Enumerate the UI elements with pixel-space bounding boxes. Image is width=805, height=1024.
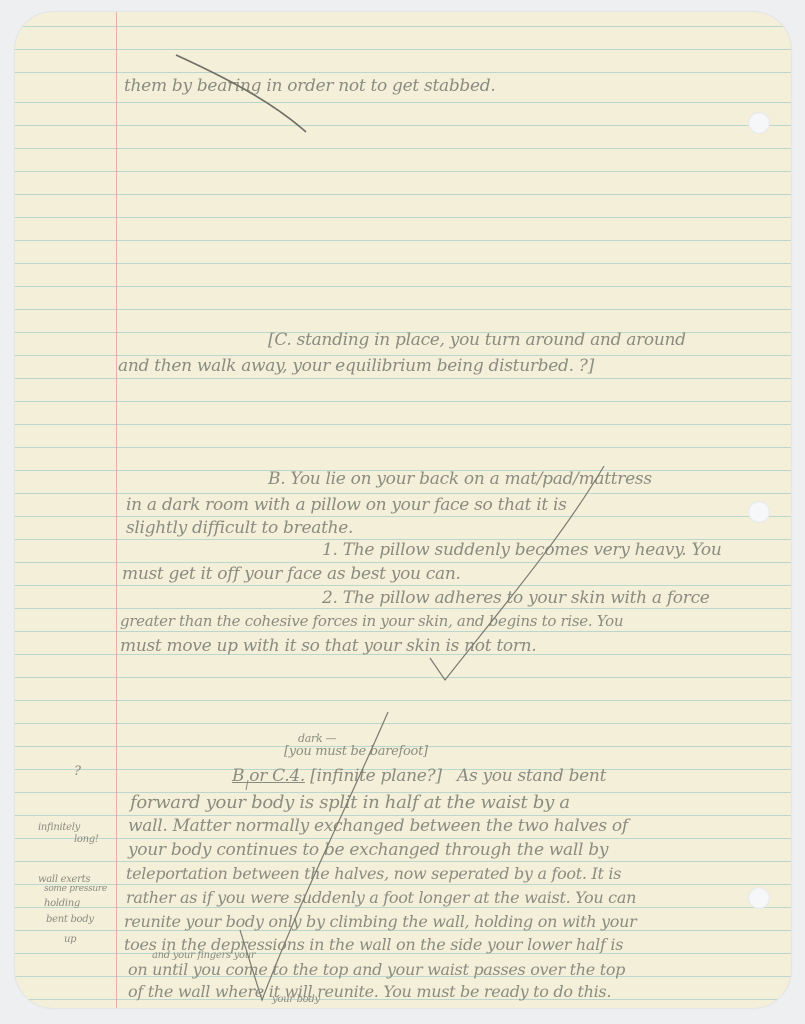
- margin-note-infinitely: infinitely: [38, 822, 80, 833]
- margin-note-up: up: [64, 934, 76, 945]
- section-c-line-2: and then walk away, your equilibrium bei…: [118, 356, 594, 376]
- punch-hole-middle: [748, 501, 770, 523]
- section-b-line-1: B. You lie on your back on a mat/pad/mat…: [268, 469, 652, 489]
- section-c4-line-2: forward your body is split in half at th…: [130, 792, 570, 813]
- section-c4-line-5: teleportation between the halves, now se…: [126, 864, 621, 883]
- section-c4-line-6: rather as if you were suddenly a foot lo…: [126, 888, 636, 907]
- margin-question: ?: [74, 764, 81, 779]
- section-b-item-2-line-2: greater than the cohesive forces in your…: [120, 612, 623, 630]
- section-c4-line-9: on until you come to the top and your wa…: [128, 960, 625, 979]
- section-b-item-2-line-1: 2. The pillow adheres to your skin with …: [322, 588, 710, 608]
- section-c-line-1: [C. standing in place, you turn around a…: [268, 330, 686, 350]
- section-b-item-1-line-1: 1. The pillow suddenly becomes very heav…: [322, 540, 722, 560]
- heading-prefix: B or C.4.: [232, 766, 305, 786]
- section-c4-line-3: wall. Matter normally exchanged between …: [128, 816, 628, 836]
- top-line: them by bearing in order not to get stab…: [124, 76, 495, 96]
- margin-note-holding: holding: [44, 898, 80, 909]
- section-c4-line-10: of the wall where it will reunite. You m…: [128, 982, 611, 1001]
- section-c4-line-4: your body continues to be exchanged thro…: [128, 840, 608, 860]
- punch-hole-top: [748, 112, 770, 134]
- section-b-line-3: slightly difficult to breathe.: [126, 518, 353, 538]
- section-b-item-1-line-2: must get it off your face as best you ca…: [122, 564, 461, 584]
- bracket-barefoot: [you must be barefoot]: [284, 744, 428, 759]
- section-b-line-2: in a dark room with a pillow on your fac…: [126, 495, 567, 515]
- section-c4-line-7: reunite your body only by climbing the w…: [124, 912, 636, 931]
- insert-your-body: your body: [272, 994, 320, 1005]
- punch-hole-bottom: [748, 887, 770, 909]
- heading-bracket: [infinite plane?]: [310, 766, 442, 786]
- margin-note-pressure: some pressure: [44, 884, 107, 894]
- margin-note-bent-body: bent body: [46, 914, 94, 925]
- section-b-item-2-line-3: must move up with it so that your skin i…: [120, 636, 536, 656]
- margin-note-long: long!: [74, 834, 99, 845]
- heading-rest: As you stand bent: [457, 766, 606, 786]
- section-c4-heading: B or C.4. [infinite plane?] As you stand…: [232, 766, 606, 786]
- margin-line: [116, 12, 117, 1008]
